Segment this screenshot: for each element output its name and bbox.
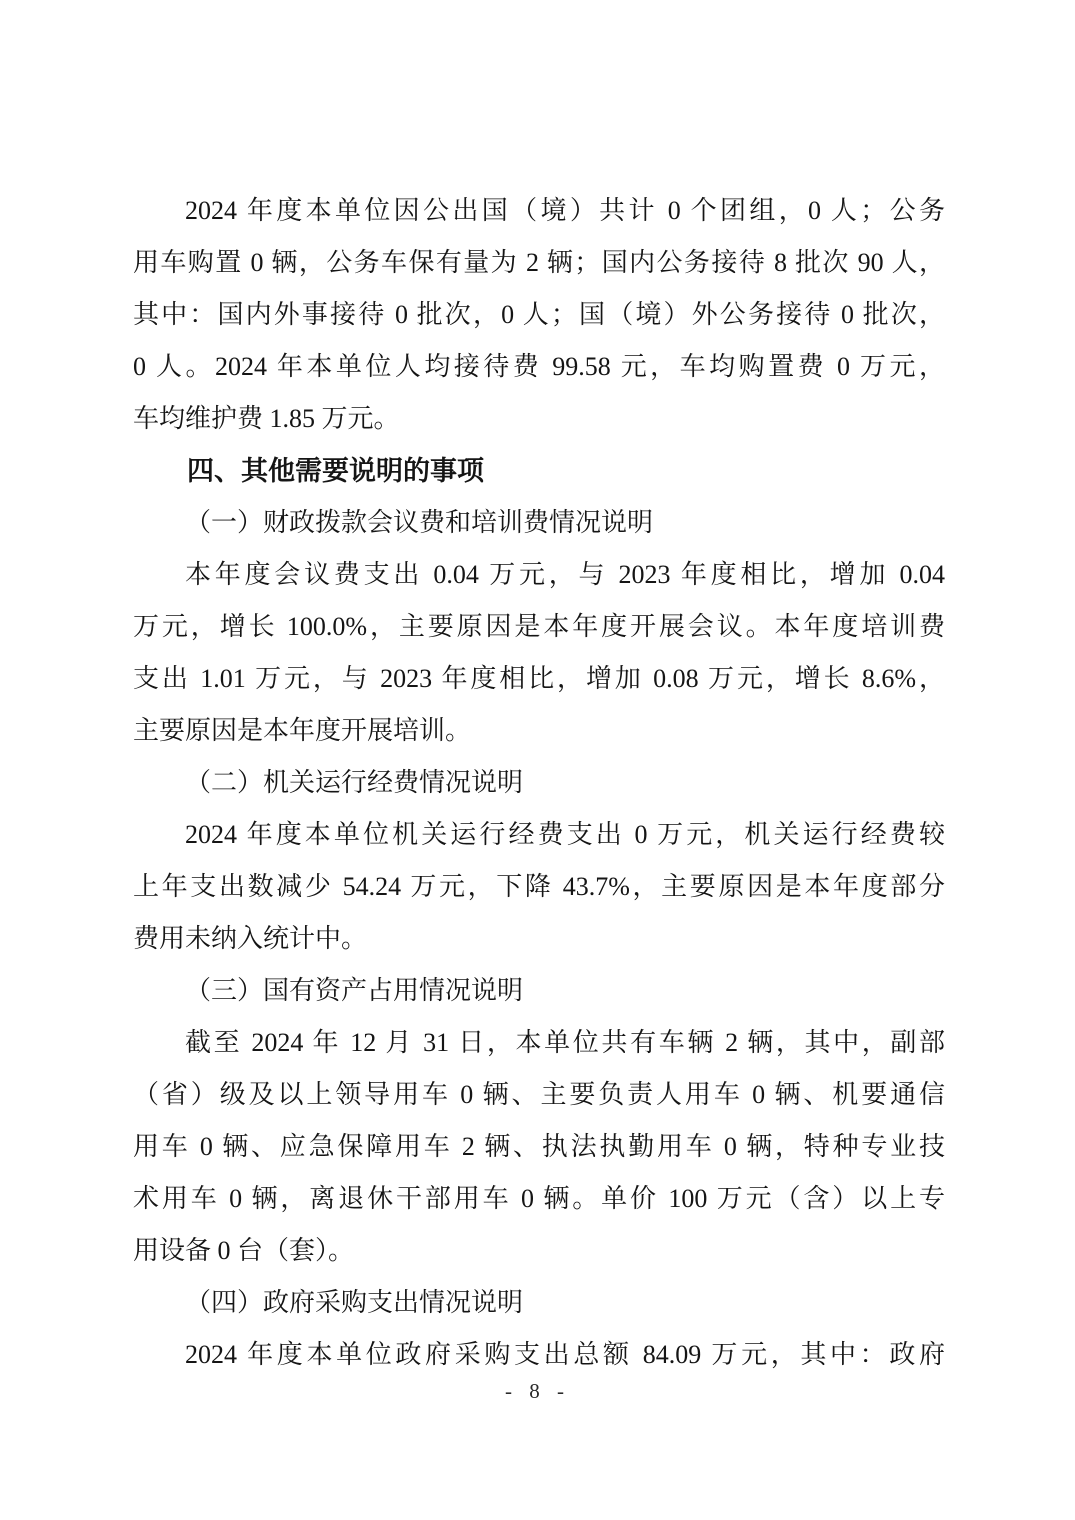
document-page: 2024 年度本单位因公出国（境）共计 0 个团组，0 人；公务 用车购置 0 … <box>0 0 1075 1520</box>
paragraph2-line4: 主要原因是本年度开展培训。 <box>133 705 945 757</box>
paragraph1-line2: 用车购置 0 辆，公务车保有量为 2 辆；国内公务接待 8 批次 90 人， <box>133 237 945 289</box>
section-heading-4: 四、其他需要说明的事项 <box>133 445 945 497</box>
subsection-heading-1: （一）财政拨款会议费和培训费情况说明 <box>133 497 945 549</box>
paragraph2-line3: 支出 1.01 万元，与 2023 年度相比，增加 0.08 万元，增长 8.6… <box>133 653 945 705</box>
page-number: - 8 - <box>0 1376 1075 1406</box>
paragraph4-line4: 术用车 0 辆，离退休干部用车 0 辆。单价 100 万元（含）以上专 <box>133 1173 945 1225</box>
paragraph3-line1: 2024 年度本单位机关运行经费支出 0 万元，机关运行经费较 <box>133 809 945 861</box>
paragraph2-line1: 本年度会议费支出 0.04 万元，与 2023 年度相比，增加 0.04 <box>133 549 945 601</box>
paragraph4-line5: 用设备 0 台（套）。 <box>133 1225 945 1277</box>
paragraph1-line4: 0 人。2024 年本单位人均接待费 99.58 元，车均购置费 0 万元， <box>133 341 945 393</box>
paragraph4-line3: 用车 0 辆、应急保障用车 2 辆、执法执勤用车 0 辆，特种专业技 <box>133 1121 945 1173</box>
paragraph1-line3: 其中：国内外事接待 0 批次，0 人；国（境）外公务接待 0 批次， <box>133 289 945 341</box>
subsection-heading-2: （二）机关运行经费情况说明 <box>133 757 945 809</box>
paragraph1-line1: 2024 年度本单位因公出国（境）共计 0 个团组，0 人；公务 <box>133 185 945 237</box>
document-body: 2024 年度本单位因公出国（境）共计 0 个团组，0 人；公务 用车购置 0 … <box>133 185 945 1381</box>
paragraph1-line5: 车均维护费 1.85 万元。 <box>133 393 945 445</box>
paragraph3-line3: 费用未纳入统计中。 <box>133 913 945 965</box>
paragraph4-line2: （省）级及以上领导用车 0 辆、主要负责人用车 0 辆、机要通信 <box>133 1069 945 1121</box>
paragraph2-line2: 万元，增长 100.0%，主要原因是本年度开展会议。本年度培训费 <box>133 601 945 653</box>
paragraph4-line1: 截至 2024 年 12 月 31 日，本单位共有车辆 2 辆，其中，副部 <box>133 1017 945 1069</box>
paragraph3-line2: 上年支出数减少 54.24 万元，下降 43.7%，主要原因是本年度部分 <box>133 861 945 913</box>
subsection-heading-4: （四）政府采购支出情况说明 <box>133 1277 945 1329</box>
subsection-heading-3: （三）国有资产占用情况说明 <box>133 965 945 1017</box>
paragraph5-line1: 2024 年度本单位政府采购支出总额 84.09 万元，其中：政府 <box>133 1329 945 1381</box>
